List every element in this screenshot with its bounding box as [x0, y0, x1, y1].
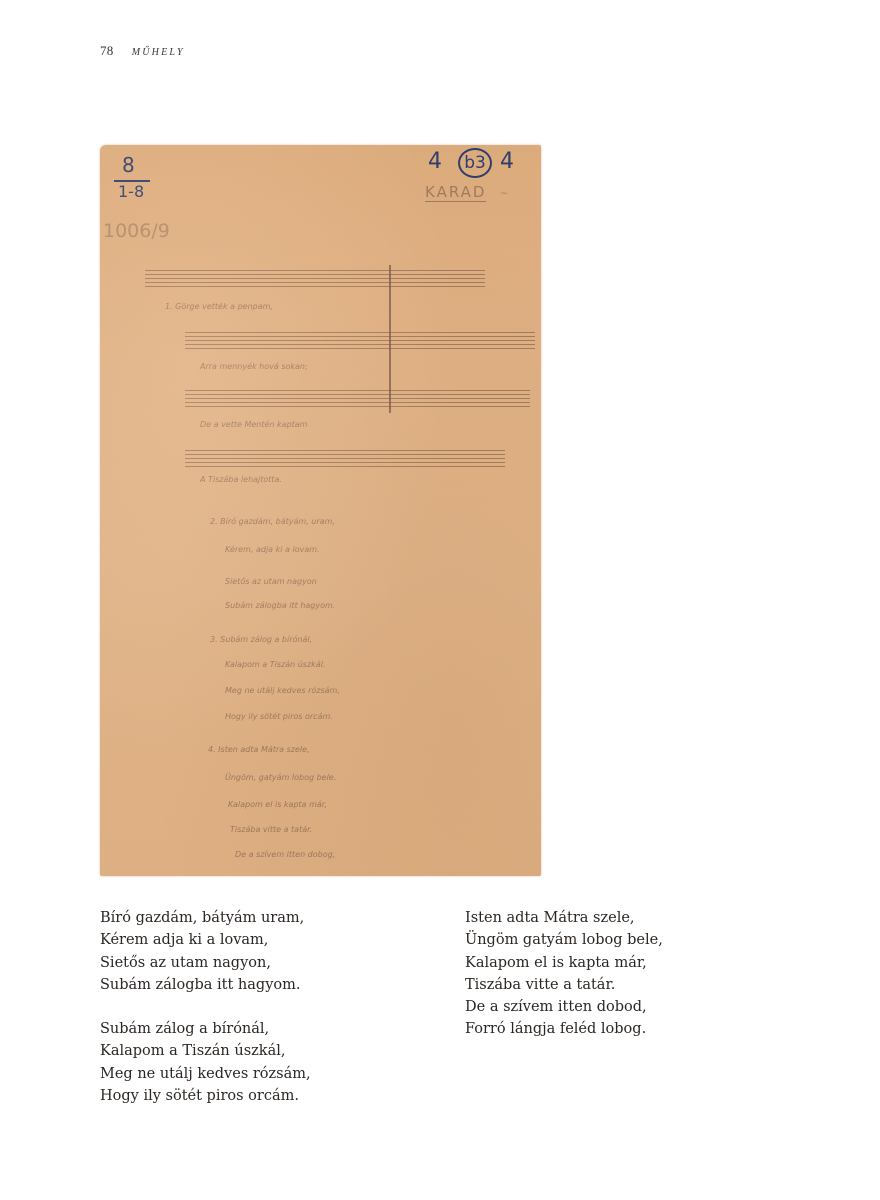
poem-right-column: Isten adta Mátra szele, Üngöm gatyám lob… [465, 907, 663, 1063]
poem-line: Kalapom a Tiszán úszkál, [100, 1040, 311, 1062]
music-staff-2 [185, 332, 535, 350]
poem-line: Subám zálogba itt hagyom. [100, 974, 311, 996]
lyric-line-7: Sietős az utam nagyon [225, 577, 317, 586]
classification-code-left: 4 [428, 149, 442, 174]
lyric-line-2: Arra mennyék hová sokan; [200, 362, 308, 371]
page-number: 78 [100, 43, 114, 58]
poem-line: Meg ne utálj kedves rózsám, [100, 1063, 311, 1085]
music-staff-1b [395, 270, 485, 288]
lyric-line-5: 2. Bíró gazdám, bátyám, uram, [210, 517, 335, 526]
classification-code-right: 4 [500, 149, 514, 174]
lyric-line-16: Tiszába vitte a tatár. [230, 825, 312, 834]
running-head: 78 MŰHELY [100, 43, 185, 59]
lyric-line-8: Subám zálogba itt hagyom. [225, 601, 335, 610]
lyric-line-10: Kalapom a Tiszán úszkál. [225, 660, 325, 669]
place-suffix: ~ [500, 189, 508, 199]
poem-line: Üngöm gatyám lobog bele, [465, 929, 663, 951]
lyric-line-1: 1. Görge vették a pen­pam, [165, 302, 273, 311]
lyric-line-17: De a szívem itten dobog, [235, 850, 335, 859]
poem-line: Sietős az utam nagyon, [100, 952, 311, 974]
lyric-line-4: A Tiszába lehajtotta. [200, 475, 282, 484]
poem-line: Kalapom el is kapta már, [465, 952, 663, 974]
classification-code-circled: b3 [458, 148, 492, 178]
lyric-line-6: Kérem, adja ki a lovam. [225, 545, 320, 554]
poem-line: De a szívem itten dobod, [465, 996, 663, 1018]
poem-line: Subám zálog a bírónál, [100, 1018, 311, 1040]
folio-number: 8 [122, 153, 135, 177]
lyric-line-14: Üngöm, gatyám lobog bele. [225, 773, 336, 782]
poem-line: Tiszába vitte a tatár. [465, 974, 663, 996]
poem-line: Isten adta Mátra szele, [465, 907, 663, 929]
stanza-1: Bíró gazdám, bátyám uram, Kérem adja ki … [100, 907, 311, 996]
manuscript-image: 8 1-8 4 b3 4 KARAD ~ 1006/9 1. Görge vet… [100, 145, 541, 876]
lyric-line-15: Kalapom el is kapta már, [228, 800, 327, 809]
poem-line: Forró lángja feléd lobog. [465, 1018, 663, 1040]
music-staff-3 [185, 390, 530, 408]
poem-line: Bíró gazdám, bátyám uram, [100, 907, 311, 929]
place-name: KARAD [425, 183, 486, 202]
stanza-3: Isten adta Mátra szele, Üngöm gatyám lob… [465, 907, 663, 1041]
archive-number: 1006/9 [103, 220, 170, 242]
lyric-line-9: 3. Subám zálog a bírónál, [210, 635, 312, 644]
folio-range: 1-8 [118, 182, 144, 201]
lyric-line-12: Hogy ily sötét piros orcám. [225, 712, 333, 721]
music-staff-4 [185, 450, 505, 468]
lyric-line-11: Meg ne utálj kedves rózsám, [225, 686, 340, 695]
lyric-line-3: De a vette Mentén kaptam [200, 420, 307, 429]
lyric-line-13: 4. Isten adta Mátra szele, [208, 745, 310, 754]
poem-line: Kérem adja ki a lovam, [100, 929, 311, 951]
section-title: MŰHELY [132, 47, 185, 58]
poem-left-column: Bíró gazdám, bátyám uram, Kérem adja ki … [100, 907, 311, 1129]
stanza-2: Subám zálog a bírónál, Kalapom a Tiszán … [100, 1018, 311, 1107]
poem-line: Hogy ily sötét piros orcám. [100, 1085, 311, 1107]
